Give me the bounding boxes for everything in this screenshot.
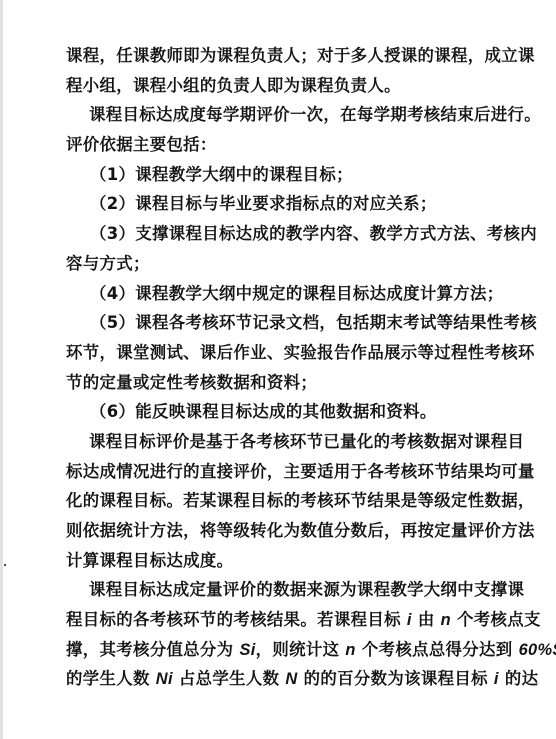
list-item-6: （6）能反映课程目标达成的其他数据和资料。: [66, 397, 448, 427]
list-item-1: （1）课程教学大纲中的课程目标；: [66, 160, 448, 190]
variable-N: N: [285, 670, 297, 688]
scan-artifact-dot: [4, 564, 6, 566]
text-line: 化的课程目标。若某课程目标的考核环节结果是等级定性数据，: [66, 486, 448, 516]
text-line: 课程，任课教师即为课程负责人；对于多人授课的课程，成立课: [66, 41, 448, 71]
formula-text-line: 程目标的各考核环节的考核结果。若课程目标 i 由 n 个考核点支: [66, 605, 448, 635]
text-line: 计算课程目标达成度。: [66, 546, 448, 576]
text-span: 占总学生人数: [173, 669, 286, 688]
text-line: 容与方式；: [66, 249, 448, 279]
text-span: 的学生人数: [66, 669, 156, 688]
text-span: 个考核点总得分达到: [356, 640, 519, 659]
variable-ni: Ni: [156, 670, 173, 688]
text-line: 课程目标评价是基于各考核环节已量化的考核数据对课程目: [66, 427, 448, 457]
text-line: 标达成情况进行的直接评价，主要适用于各考核环节结果均可量: [66, 457, 448, 487]
text-span: 的的百分数为该课程目标: [298, 669, 494, 688]
list-item-4: （4）课程教学大纲中规定的课程目标达成度计算方法；: [66, 279, 448, 309]
text-line: 则依据统计方法，将等级转化为数值分数后，再按定量评价方法: [66, 516, 448, 546]
list-item-3: （3）支撑课程目标达成的教学内容、教学方式方法、考核内: [66, 219, 448, 249]
text-line: 节的定量或定性考核数据和资料；: [66, 368, 448, 398]
text-span: 程目标的各考核环节的考核结果。若课程目标: [66, 610, 407, 629]
page-edge-strip: [0, 0, 3, 739]
formula-text-line: 撑，其考核分值总分为 Si，则统计这 n 个考核点总得分达到 60%Si: [66, 635, 448, 665]
variable-n: n: [441, 611, 451, 629]
variable-60-percent-si: 60%Si: [519, 641, 556, 659]
text-line: 课程目标达成定量评价的数据来源为课程教学大纲中支撑课: [66, 575, 448, 605]
text-line: 评价依据主要包括：: [66, 130, 448, 160]
text-span: ，则统计这: [256, 640, 346, 659]
text-span: 的达: [499, 669, 539, 688]
text-line: 课程目标达成度每学期评价一次，在每学期考核结束后进行。: [66, 100, 448, 130]
text-span: 个考核点支: [451, 610, 541, 629]
variable-n: n: [345, 641, 355, 659]
formula-text-line: 的学生人数 Ni 占总学生人数 N 的的百分数为该课程目标 i 的达: [66, 664, 448, 694]
list-item-2: （2）课程目标与毕业要求指标点的对应关系；: [66, 189, 448, 219]
text-span: 由: [412, 610, 441, 629]
document-page: 课程，任课教师即为课程负责人；对于多人授课的课程，成立课 程小组，课程小组的负责…: [66, 41, 448, 694]
variable-si: Si: [239, 641, 255, 659]
list-item-5: （5）课程各考核环节记录文档，包括期末考试等结果性考核: [66, 308, 448, 338]
text-line: 程小组，课程小组的负责人即为课程负责人。: [66, 71, 448, 101]
text-span: 撑，其考核分值总分为: [66, 640, 239, 659]
text-line: 环节，课堂测试、课后作业、实验报告作品展示等过程性考核环: [66, 338, 448, 368]
